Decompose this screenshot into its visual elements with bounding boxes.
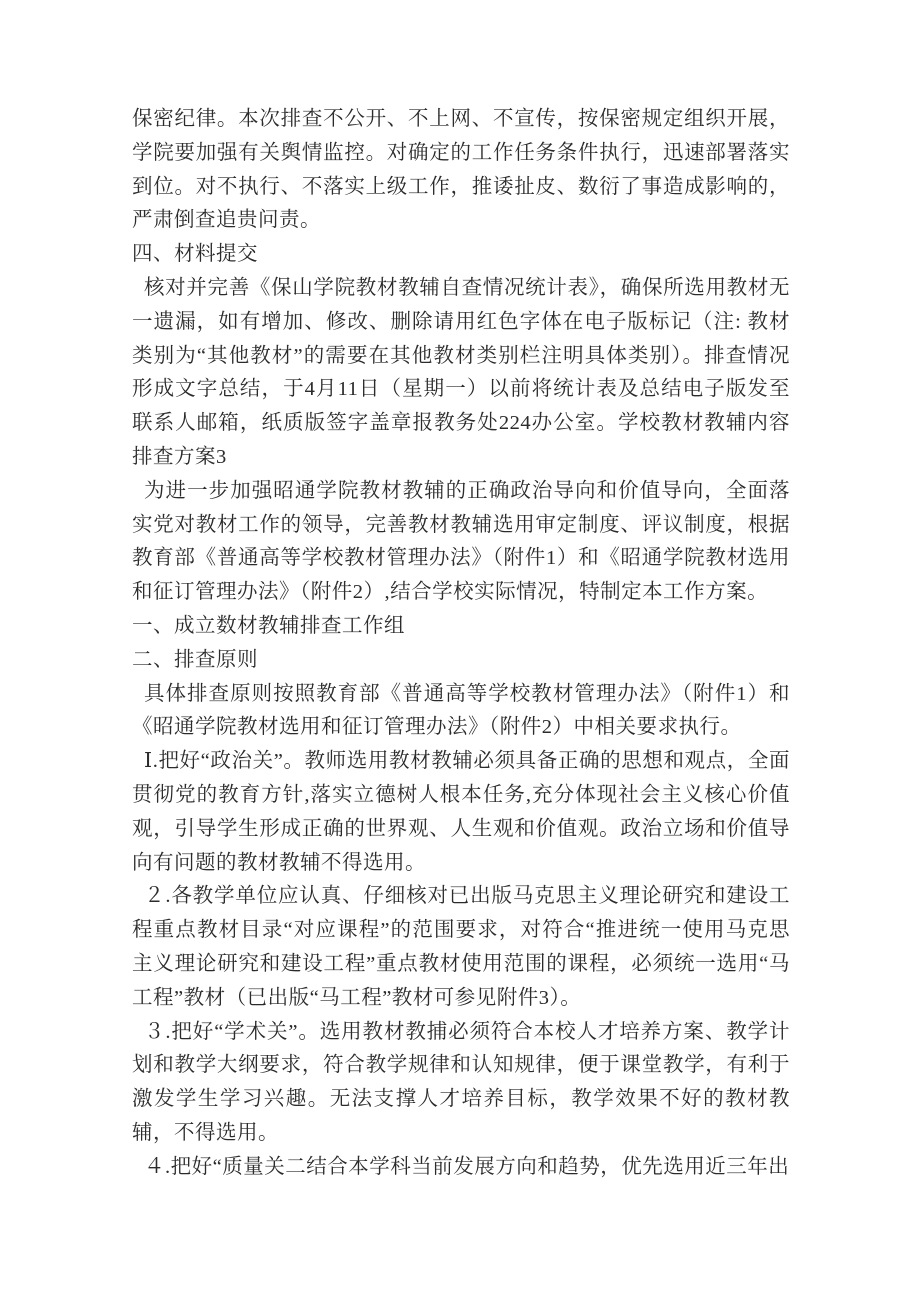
section-heading-materials-submission: 四、材料提交 bbox=[132, 238, 790, 272]
section-heading-inspection-principles: 二、排查原则 bbox=[132, 644, 790, 678]
paragraph-materials-submission-body: 核对并完善《保山学院教材教辅自查情况统计表》，确保所选用教材无一遗漏，如有增加、… bbox=[132, 272, 790, 475]
document-page: 保密纪律。本次排查不公开、不上网、不宣传，按保密规定组织开展，学院要加强有关舆情… bbox=[0, 0, 920, 1301]
paragraph-item-2-marxism: ２.各教学单位应认真、仔细核对已出版马克思主义理论研究和建设工程重点教材目录“对… bbox=[132, 880, 790, 1015]
paragraph-item-1-political: Ⅰ.把好“政治关”。教师选用教材教辅必须具备正确的思想和观点，全面贯彻党的教育方… bbox=[132, 745, 790, 880]
paragraph-item-4-quality: ４.把好“质量关二结合本学科当前发展方向和趋势，优先选用近三年出 bbox=[132, 1151, 790, 1185]
paragraph-item-3-academic: ３.把好“学术关”。选用教材教捕必须符合本校人才培养方案、教学计划和教学大纲要求… bbox=[132, 1016, 790, 1151]
paragraph-confidentiality: 保密纪律。本次排查不公开、不上网、不宣传，按保密规定组织开展，学院要加强有关舆情… bbox=[132, 103, 790, 238]
paragraph-principles-intro: 具体排查原则按照教育部《普通高等学校教材管理办法》（附件1）和《昭通学院教材选用… bbox=[132, 678, 790, 746]
section-heading-working-group: 一、成立数材教辅排查工作组 bbox=[132, 610, 790, 644]
paragraph-plan-intro: 为进一步加强昭通学院教材教辅的正确政治导向和价值导向，全面落实党对教材工作的领导… bbox=[132, 475, 790, 610]
document-text-block: 保密纪律。本次排查不公开、不上网、不宣传，按保密规定组织开展，学院要加强有关舆情… bbox=[132, 103, 790, 1185]
